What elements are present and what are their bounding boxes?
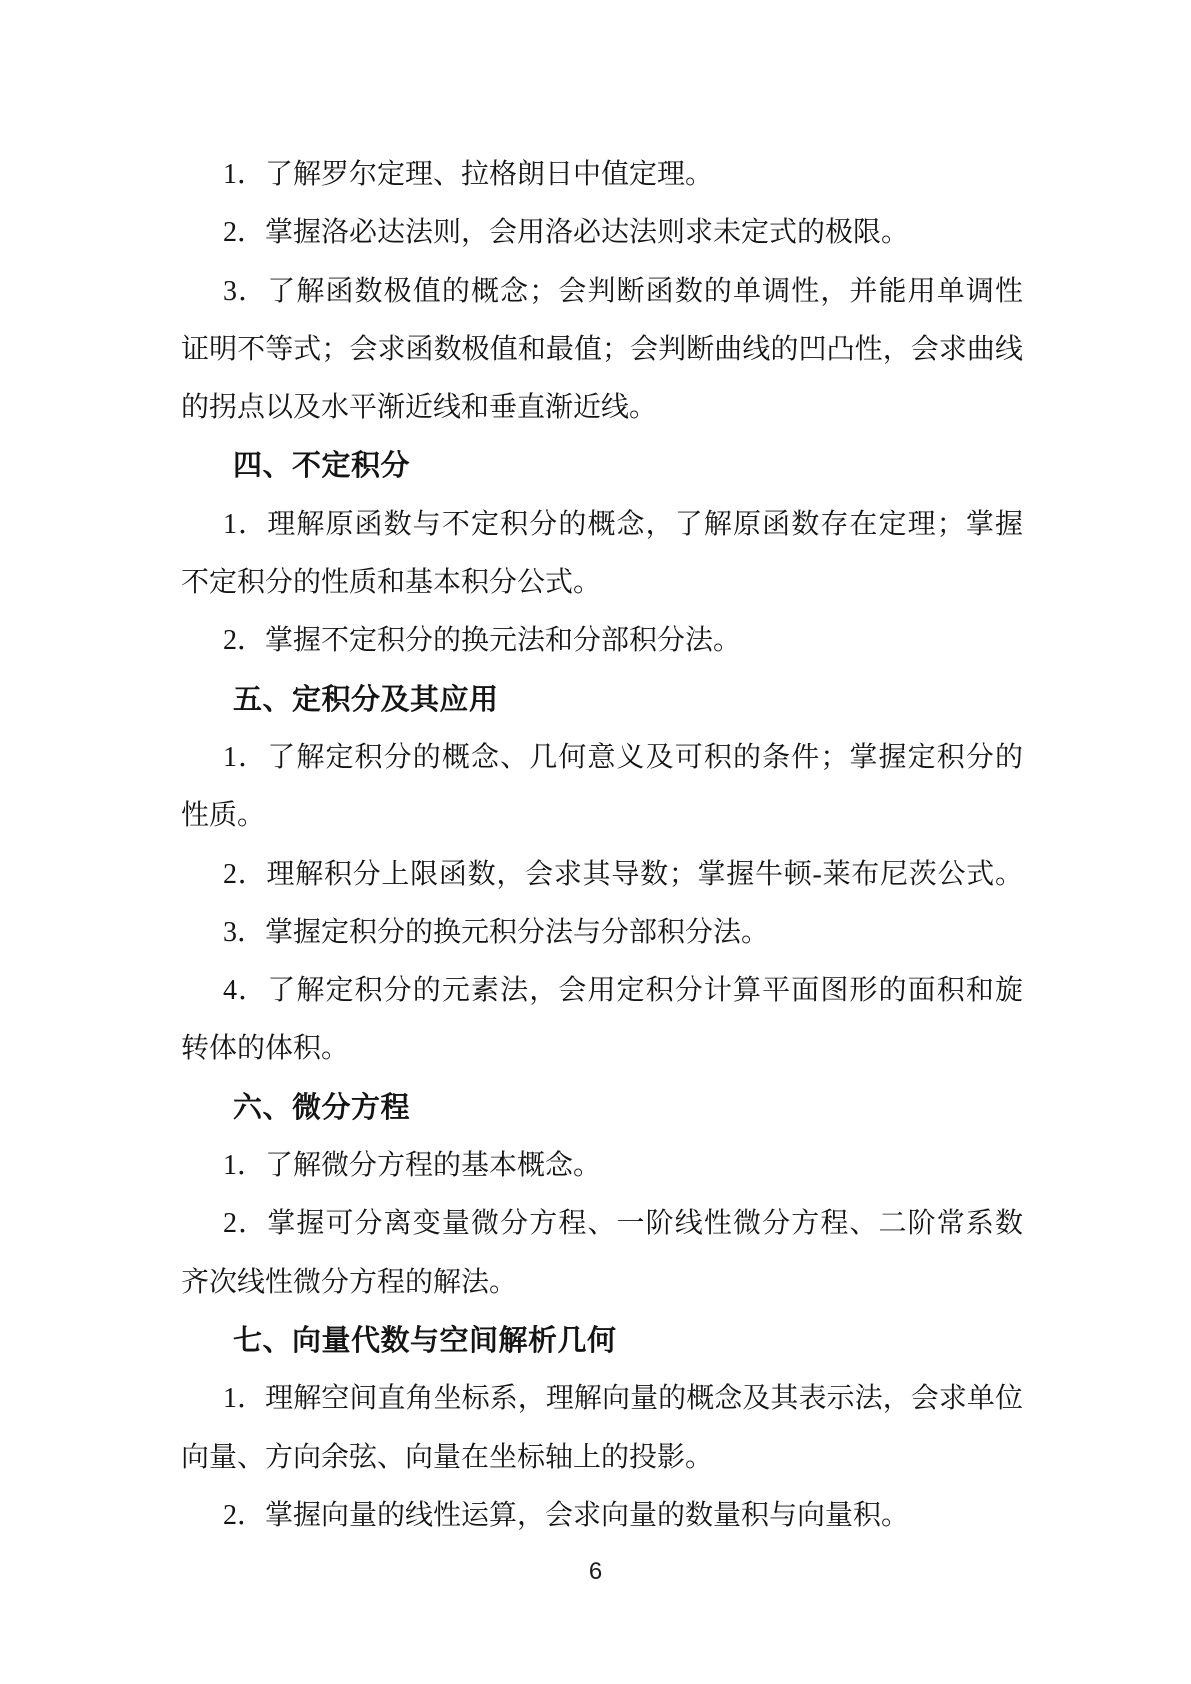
- text-line: 2．掌握向量的线性运算，会求向量的数量积与向量积。: [181, 1487, 1023, 1545]
- section-heading: 五、定积分及其应用: [181, 671, 1023, 729]
- text-line: 1．了解罗尔定理、拉格朗日中值定理。: [181, 146, 1023, 204]
- text-line: 2．理解积分上限函数，会求其导数；掌握牛顿-莱布尼茨公式。: [181, 846, 1023, 904]
- text-line: 1．理解空间直角坐标系，理解向量的概念及其表示法，会求单位: [181, 1370, 1023, 1428]
- text-line: 2．掌握可分离变量微分方程、一阶线性微分方程、二阶常系数: [181, 1195, 1023, 1253]
- text-line: 2．掌握洛必达法则，会用洛必达法则求未定式的极限。: [181, 204, 1023, 262]
- page-number: 6: [0, 1556, 1191, 1588]
- text-line: 3．掌握定积分的换元积分法与分部积分法。: [181, 904, 1023, 962]
- text-line: 1．了解微分方程的基本概念。: [181, 1137, 1023, 1195]
- section-heading: 七、向量代数与空间解析几何: [181, 1312, 1023, 1370]
- document-body: 1．了解罗尔定理、拉格朗日中值定理。2．掌握洛必达法则，会用洛必达法则求未定式的…: [181, 146, 1023, 1545]
- text-line: 1．理解原函数与不定积分的概念，了解原函数存在定理；掌握: [181, 496, 1023, 554]
- text-line: 4．了解定积分的元素法，会用定积分计算平面图形的面积和旋: [181, 962, 1023, 1020]
- text-line: 3．了解函数极值的概念；会判断函数的单调性，并能用单调性: [181, 263, 1023, 321]
- section-heading: 六、微分方程: [181, 1079, 1023, 1137]
- text-line: 2．掌握不定积分的换元法和分部积分法。: [181, 612, 1023, 670]
- text-line: 向量、方向余弦、向量在坐标轴上的投影。: [181, 1429, 1023, 1487]
- text-line: 的拐点以及水平渐近线和垂直渐近线。: [181, 379, 1023, 437]
- text-line: 证明不等式；会求函数极值和最值；会判断曲线的凹凸性，会求曲线: [181, 321, 1023, 379]
- text-line: 齐次线性微分方程的解法。: [181, 1254, 1023, 1312]
- text-line: 1．了解定积分的概念、几何意义及可积的条件；掌握定积分的: [181, 729, 1023, 787]
- text-line: 性质。: [181, 787, 1023, 845]
- text-line: 转体的体积。: [181, 1020, 1023, 1078]
- text-line: 不定积分的性质和基本积分公式。: [181, 554, 1023, 612]
- section-heading: 四、不定积分: [181, 437, 1023, 495]
- document-page: 1．了解罗尔定理、拉格朗日中值定理。2．掌握洛必达法则，会用洛必达法则求未定式的…: [0, 0, 1191, 1684]
